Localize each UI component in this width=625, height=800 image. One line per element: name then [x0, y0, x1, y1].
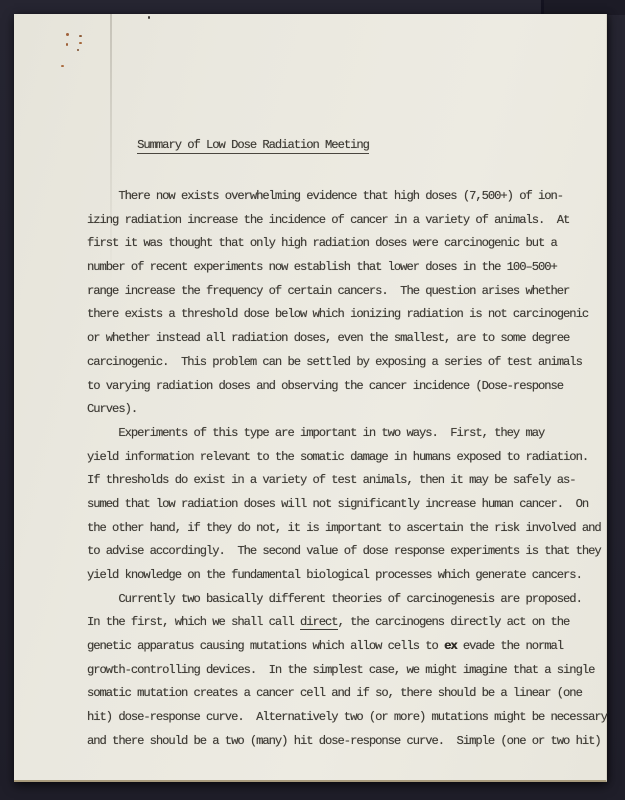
paper-edge-speck: [148, 16, 150, 19]
document-line: genetic apparatus causing mutations whic…: [87, 635, 599, 659]
document-line: the other hand, if they do not, it is im…: [87, 517, 599, 541]
document-title-text: Summary of Low Dose Radiation Meeting: [137, 138, 369, 154]
document-line: If thresholds do exist in a variety of t…: [87, 469, 599, 493]
document-line: or whether instead all radiation doses, …: [87, 327, 599, 351]
document-line: Currently two basically different theori…: [87, 588, 599, 612]
document-line: carcinogenic. This problem can be settle…: [87, 351, 599, 375]
document-line: range increase the frequency of certain …: [87, 280, 599, 304]
document-line: to varying radiation doses and observing…: [87, 375, 599, 399]
backdrop-corner-shade: [544, 0, 625, 15]
scanned-page: Summary of Low Dose Radiation Meeting Th…: [14, 14, 607, 782]
staple-rust-mark: [77, 49, 79, 51]
document-line: sumed that low radiation doses will not …: [87, 493, 599, 517]
document-line: Curves).: [87, 398, 599, 422]
staple-rust-mark: [61, 65, 64, 67]
document-line: first it was thought that only high radi…: [87, 232, 599, 256]
staple-rust-mark: [79, 35, 82, 37]
document-line: and there should be a two (many) hit dos…: [87, 730, 599, 754]
document-line: growth-controlling devices. In the simpl…: [87, 659, 599, 683]
staple-rust-mark: [66, 43, 68, 46]
document-line: to advise accordingly. The second value …: [87, 540, 599, 564]
document-lines: There now exists overwhelming evidence t…: [87, 185, 599, 754]
document-line: somatic mutation creates a cancer cell a…: [87, 682, 599, 706]
staple-rust-mark: [66, 33, 69, 36]
paper-crease: [110, 14, 112, 284]
document-line: hit) dose-response curve. Alternatively …: [87, 706, 599, 730]
document-line: There now exists overwhelming evidence t…: [87, 185, 599, 209]
document-line: number of recent experiments now establi…: [87, 256, 599, 280]
document-line: yield information relevant to the somati…: [87, 446, 599, 470]
document-line: there exists a threshold dose below whic…: [87, 303, 599, 327]
staple-rust-mark: [79, 42, 82, 44]
scan-backdrop: Summary of Low Dose Radiation Meeting Th…: [0, 0, 625, 800]
document-title: Summary of Low Dose Radiation Meeting: [87, 124, 599, 157]
document-line: In the first, which we shall call direct…: [87, 611, 599, 635]
document-text-block: Summary of Low Dose Radiation Meeting Th…: [87, 96, 599, 782]
document-line: izing radiation increase the incidence o…: [87, 209, 599, 233]
document-line: yield knowledge on the fundamental biolo…: [87, 564, 599, 588]
document-line: Experiments of this type are important i…: [87, 422, 599, 446]
